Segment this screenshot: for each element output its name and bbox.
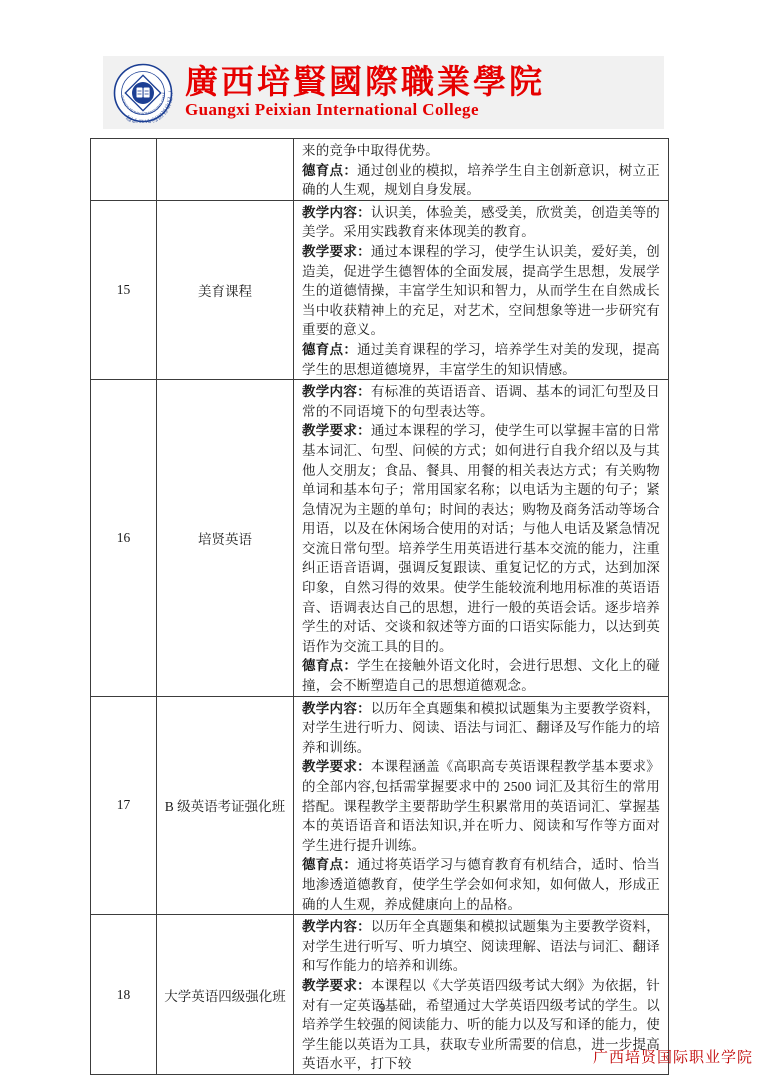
description-segment: 教学内容：以历年全真题集和模拟试题集为主要教学资料，对学生进行听力、阅读、语法与… (302, 699, 660, 758)
course-description-cell: 来的竞争中取得优势。德育点：通过创业的模拟，培养学生自主创新意识，树立正确的人生… (294, 139, 669, 201)
table-row: 15美育课程教学内容：认识美，体验美，感受美，欣赏美，创造美等的美学。采用实践教… (91, 200, 669, 379)
college-seal-icon: 广西培贤国际职业学院 GUANGXI PEIXIAN INTERNATIONAL… (113, 63, 173, 123)
description-segment: 德育点：通过将英语学习与德育教育有机结合，适时、恰当地渗透道德教育，使学生学会如… (302, 855, 660, 914)
course-table: 来的竞争中取得优势。德育点：通过创业的模拟，培养学生自主创新意识，树立正确的人生… (90, 138, 669, 1075)
course-number-cell: 18 (91, 915, 157, 1075)
college-name-en: Guangxi Peixian International College (185, 100, 545, 119)
segment-label: 教学内容： (302, 205, 371, 220)
description-segment: 德育点：学生在接触外语文化时，会进行思想、文化上的碰撞，会不断塑造自己的思想道德… (302, 656, 660, 695)
segment-text: 通过本课程的学习，使学生可以掌握丰富的日常基本词汇、句型、问候的方式；如何进行自… (302, 423, 660, 654)
description-segment: 来的竞争中取得优势。 (302, 141, 660, 161)
course-description-cell: 教学内容：有标准的英语语音、语调、基本的词汇句型及日常的不同语境下的句型表达等。… (294, 380, 669, 697)
segment-label: 德育点： (302, 857, 357, 872)
segment-label: 德育点： (302, 658, 357, 673)
description-segment: 教学内容：有标准的英语语音、语调、基本的词汇句型及日常的不同语境下的句型表达等。 (302, 382, 660, 421)
segment-label: 教学内容： (302, 384, 371, 399)
description-segment: 教学要求：通过本课程的学习，使学生认识美，爱好美，创造美，促进学生德智体的全面发… (302, 242, 660, 340)
table-row: 18大学英语四级强化班教学内容：以历年全真题集和模拟试题集为主要教学资料，对学生… (91, 915, 669, 1075)
course-number-cell (91, 139, 157, 201)
segment-label: 教学要求： (302, 423, 371, 438)
page-number: 9 (0, 1000, 764, 1016)
description-segment: 教学要求：通过本课程的学习，使学生可以掌握丰富的日常基本词汇、句型、问候的方式；… (302, 421, 660, 656)
course-name-cell: 大学英语四级强化班 (157, 915, 294, 1075)
course-name-cell: B 级英语考证强化班 (157, 696, 294, 915)
header-banner: 广西培贤国际职业学院 GUANGXI PEIXIAN INTERNATIONAL… (103, 56, 664, 129)
course-name-cell: 美育课程 (157, 200, 294, 379)
course-table-body: 来的竞争中取得优势。德育点：通过创业的模拟，培养学生自主创新意识，树立正确的人生… (91, 139, 669, 1075)
segment-label: 教学内容： (302, 919, 371, 934)
description-segment: 教学要求：本课程涵盖《高职高专英语课程教学基本要求》的全部内容,包括需掌握要求中… (302, 757, 660, 855)
table-row: 来的竞争中取得优势。德育点：通过创业的模拟，培养学生自主创新意识，树立正确的人生… (91, 139, 669, 201)
segment-label: 德育点： (302, 163, 357, 178)
segment-label: 教学要求： (302, 759, 371, 774)
college-name-zh: 廣西培賢國際職業學院 (185, 66, 545, 100)
course-description-cell: 教学内容：以历年全真题集和模拟试题集为主要教学资料，对学生进行听力、阅读、语法与… (294, 696, 669, 915)
description-segment: 德育点：通过美育课程的学习，培养学生对美的发现，提高学生的思想道德境界，丰富学生… (302, 340, 660, 379)
footer-watermark: 广西培贤国际职业学院 (593, 1046, 753, 1067)
table-row: 17B 级英语考证强化班教学内容：以历年全真题集和模拟试题集为主要教学资料，对学… (91, 696, 669, 915)
description-segment: 德育点：通过创业的模拟，培养学生自主创新意识，树立正确的人生观，规划自身发展。 (302, 161, 660, 200)
college-logo: 广西培贤国际职业学院 GUANGXI PEIXIAN INTERNATIONAL… (113, 63, 173, 123)
document-page: 广西培贤国际职业学院 GUANGXI PEIXIAN INTERNATIONAL… (0, 0, 764, 1080)
header-title-block: 廣西培賢國際職業學院 Guangxi Peixian International… (185, 66, 545, 119)
segment-label: 德育点： (302, 342, 357, 357)
table-row: 16培贤英语教学内容：有标准的英语语音、语调、基本的词汇句型及日常的不同语境下的… (91, 380, 669, 697)
segment-label: 教学内容： (302, 701, 371, 716)
course-number-cell: 15 (91, 200, 157, 379)
course-name-cell: 培贤英语 (157, 380, 294, 697)
segment-label: 教学要求： (302, 978, 371, 993)
course-number-cell: 17 (91, 696, 157, 915)
course-description-cell: 教学内容：认识美，体验美，感受美，欣赏美，创造美等的美学。采用实践教育来体现美的… (294, 200, 669, 379)
course-name-cell (157, 139, 294, 201)
segment-text: 来的竞争中取得优势。 (302, 143, 439, 158)
description-segment: 教学内容：认识美，体验美，感受美，欣赏美，创造美等的美学。采用实践教育来体现美的… (302, 203, 660, 242)
course-number-cell: 16 (91, 380, 157, 697)
segment-label: 教学要求： (302, 244, 371, 259)
description-segment: 教学内容：以历年全真题集和模拟试题集为主要教学资料，对学生进行听写、听力填空、阅… (302, 917, 660, 976)
